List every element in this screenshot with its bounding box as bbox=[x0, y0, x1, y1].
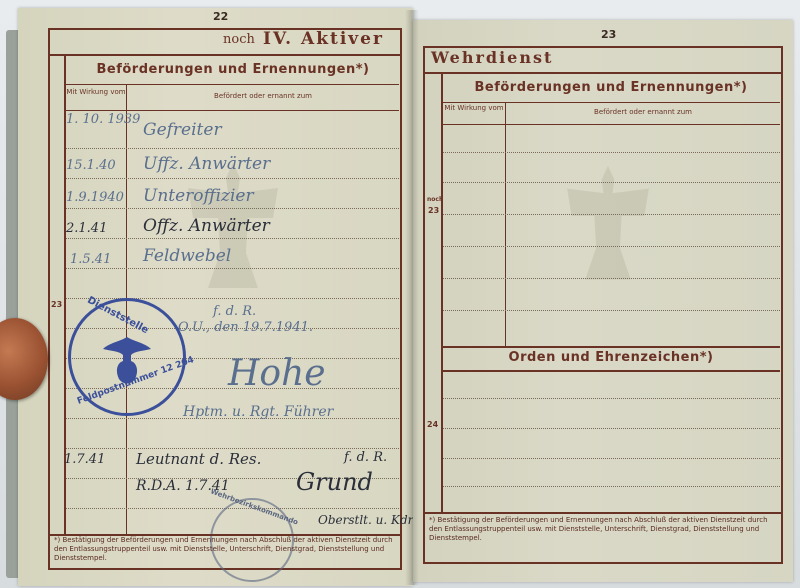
side-margin-line bbox=[441, 72, 443, 512]
header-divider bbox=[48, 54, 400, 56]
right-page: 23 Wehrdienst Beförderungen und Ernennun… bbox=[413, 20, 793, 582]
section-divider bbox=[66, 84, 399, 85]
left-page-number: 22 bbox=[213, 10, 228, 23]
table-header-divider bbox=[66, 110, 399, 111]
right-section-title: Beförderungen und Ernennungen*) bbox=[443, 80, 779, 95]
eagle-watermark-icon bbox=[558, 160, 658, 290]
book-gutter bbox=[405, 10, 419, 585]
orders-section-title: Orden und Ehrenzeichen*) bbox=[443, 350, 779, 365]
entry-rank-4: Offz. Anwärter bbox=[143, 216, 270, 236]
certification-signature: Hohe bbox=[228, 353, 326, 394]
column-header-promoted: Befördert oder ernannt zum bbox=[507, 108, 779, 116]
certification-title: Hptm. u. Rgt. Führer bbox=[183, 404, 333, 420]
column-header-promoted: Befördert oder ernannt zum bbox=[128, 92, 398, 100]
entry-date-6: 1.7.41 bbox=[64, 452, 105, 467]
left-section-title: Beförderungen und Ernennungen*) bbox=[68, 62, 398, 77]
row-line bbox=[443, 398, 780, 399]
orders-top-divider bbox=[443, 346, 780, 348]
table-header-divider bbox=[443, 124, 780, 125]
right-footnote: *) Bestätigung der Beförderungen und Ern… bbox=[429, 516, 775, 543]
left-side-number: 23 bbox=[51, 300, 62, 309]
certification-fdr: f. d. R. bbox=[213, 304, 256, 319]
entry-date-5: 1.5.41 bbox=[70, 252, 111, 267]
column-divider bbox=[505, 102, 506, 348]
entry-rank-5: Feldwebel bbox=[143, 246, 231, 266]
orders-divider bbox=[443, 370, 780, 372]
row-line bbox=[443, 486, 780, 487]
row-line bbox=[443, 428, 780, 429]
right-header-title: Wehrdienst bbox=[431, 48, 553, 67]
entry-date-1: 1. 10. 1939 bbox=[66, 112, 126, 128]
bottom-signature: Oberstlt. u. Kdr. bbox=[318, 513, 416, 527]
section-divider bbox=[443, 102, 780, 103]
column-header-effective: Mit Wirkung vom bbox=[443, 104, 505, 112]
footnote-divider bbox=[423, 512, 781, 514]
left-header-title: IV. Aktiver bbox=[263, 29, 384, 49]
right-side-note: noch bbox=[427, 196, 443, 203]
row-line bbox=[443, 458, 780, 459]
entry-date-3: 1.9.1940 bbox=[66, 190, 124, 205]
right-side-number: 23 bbox=[428, 206, 439, 215]
entry-rank-6: Leutnant d. Res. bbox=[136, 450, 261, 468]
row-line bbox=[66, 448, 399, 449]
left-footnote: *) Bestätigung der Beförderungen und Ern… bbox=[54, 536, 394, 563]
entry-date-2: 15.1.40 bbox=[66, 158, 116, 173]
entry-rank-3: Unteroffizier bbox=[143, 186, 254, 206]
row-line bbox=[66, 148, 399, 149]
entry-rank-2: Uffz. Anwärter bbox=[143, 154, 270, 174]
left-page: 22 noch IV. Aktiver Beförderungen und Er… bbox=[18, 8, 413, 586]
header-divider bbox=[423, 72, 781, 74]
entry-signature-6: Grund bbox=[296, 468, 373, 496]
entry-date-4: 2.1.41 bbox=[66, 221, 107, 236]
row-line bbox=[443, 310, 780, 311]
header-prefix: noch bbox=[223, 32, 255, 47]
right-page-number: 23 bbox=[601, 28, 616, 41]
column-header-effective: Mit Wirkung vom bbox=[66, 88, 126, 96]
row-line bbox=[443, 152, 780, 153]
orders-side-number: 24 bbox=[427, 420, 438, 429]
certification-place-date: O.U., den 19.7.1941. bbox=[178, 320, 313, 335]
entry-fdr-6: f. d. R. bbox=[344, 450, 387, 465]
entry-rank-1: Gefreiter bbox=[143, 120, 222, 140]
